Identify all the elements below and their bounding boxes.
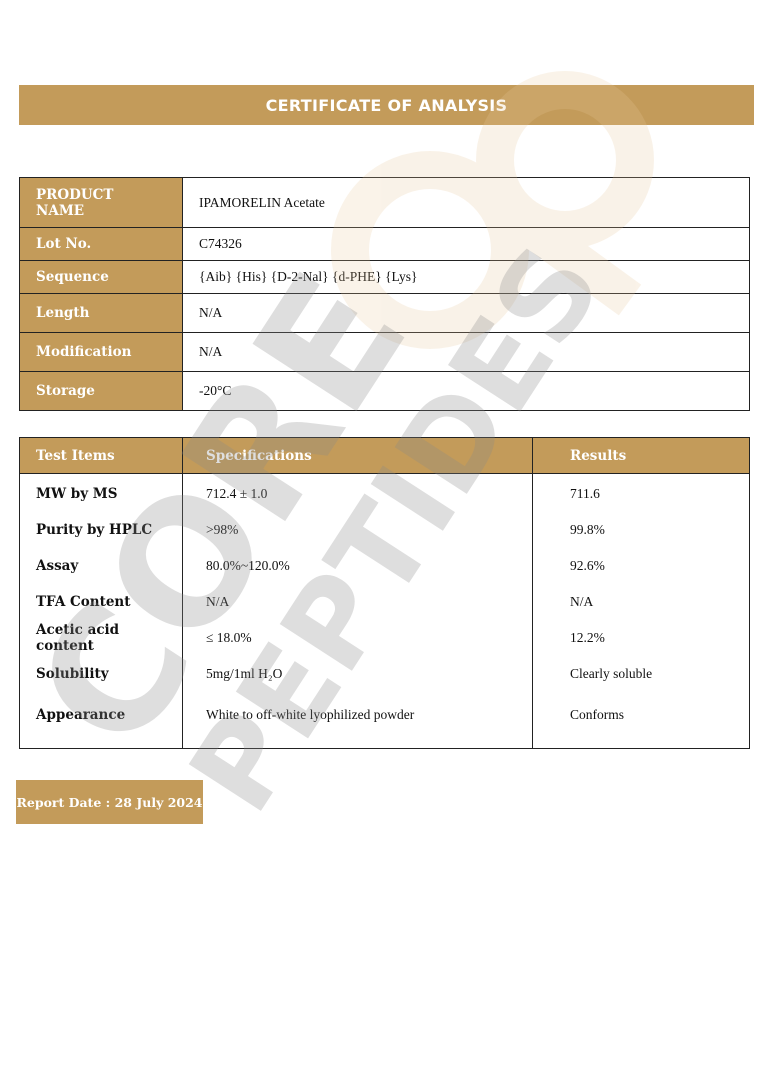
document-title-bar: CERTIFICATE OF ANALYSIS (19, 85, 754, 125)
column-header-specifications: Specifications (183, 438, 533, 474)
column-header-test-items: Test Items (20, 438, 183, 474)
table-row: TFA Content N/A N/A (20, 584, 750, 620)
info-row-storage: Storage -20°C (20, 372, 750, 411)
report-date-badge: Report Date : 28 July 2024 (16, 780, 203, 824)
product-info-table: PRODUCT NAME IPAMORELIN Acetate Lot No. … (19, 177, 750, 411)
test-item: Purity by HPLC (20, 512, 183, 548)
table-row: Solubility 5mg/1ml H₂O Clearly soluble (20, 656, 750, 692)
info-row-modification: Modification N/A (20, 333, 750, 372)
info-row-length: Length N/A (20, 294, 750, 333)
info-value: N/A (183, 333, 750, 372)
test-result: 12.2% (533, 620, 750, 656)
test-spec: White to off-white lyophilized powder (183, 692, 533, 749)
test-result: Clearly soluble (533, 656, 750, 692)
test-spec: ≤ 18.0% (183, 620, 533, 656)
info-label: Modification (20, 333, 183, 372)
info-row-sequence: Sequence {Aib} {His} {D-2-Nal} {d-PHE} {… (20, 261, 750, 294)
test-spec: 5mg/1ml H₂O (183, 656, 533, 692)
test-item: Solubility (20, 656, 183, 692)
test-item: TFA Content (20, 584, 183, 620)
info-label: PRODUCT NAME (20, 178, 183, 228)
info-label: Storage (20, 372, 183, 411)
test-table-header: Test Items Specifications Results (20, 438, 750, 474)
info-label: Lot No. (20, 228, 183, 261)
test-result: 711.6 (533, 474, 750, 513)
document-title: CERTIFICATE OF ANALYSIS (266, 96, 508, 115)
info-label: Length (20, 294, 183, 333)
info-row-lot-no: Lot No. C74326 (20, 228, 750, 261)
test-result: 99.8% (533, 512, 750, 548)
info-value: N/A (183, 294, 750, 333)
column-header-results: Results (533, 438, 750, 474)
info-label: Sequence (20, 261, 183, 294)
table-row: Purity by HPLC >98% 99.8% (20, 512, 750, 548)
table-row: MW by MS 712.4 ± 1.0 711.6 (20, 474, 750, 513)
info-row-product-name: PRODUCT NAME IPAMORELIN Acetate (20, 178, 750, 228)
test-results-table: Test Items Specifications Results MW by … (19, 437, 750, 749)
table-row: Acetic acid content ≤ 18.0% 12.2% (20, 620, 750, 656)
test-item: Acetic acid content (20, 620, 183, 656)
test-result: Conforms (533, 692, 750, 749)
table-row: Assay 80.0%~120.0% 92.6% (20, 548, 750, 584)
info-value: IPAMORELIN Acetate (183, 178, 750, 228)
test-item: Assay (20, 548, 183, 584)
test-result: 92.6% (533, 548, 750, 584)
info-value: -20°C (183, 372, 750, 411)
test-result: N/A (533, 584, 750, 620)
report-date: Report Date : 28 July 2024 (16, 795, 202, 810)
test-spec: >98% (183, 512, 533, 548)
info-value: {Aib} {His} {D-2-Nal} {d-PHE} {Lys} (183, 261, 750, 294)
table-row: Appearance White to off-white lyophilize… (20, 692, 750, 749)
test-spec: 80.0%~120.0% (183, 548, 533, 584)
test-spec: 712.4 ± 1.0 (183, 474, 533, 513)
info-value: C74326 (183, 228, 750, 261)
test-item: Appearance (20, 692, 183, 749)
test-spec: N/A (183, 584, 533, 620)
test-item: MW by MS (20, 474, 183, 513)
